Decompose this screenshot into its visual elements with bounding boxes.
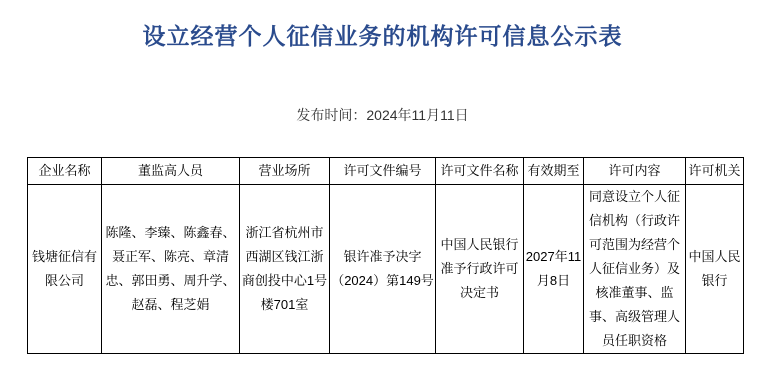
page: 设立经营个人征信业务的机构许可信息公示表 发布时间：2024年11月11日 企业…	[0, 0, 765, 367]
cell-valid-until: 2027年11月8日	[524, 185, 584, 354]
table-header-row: 企业名称 董监高人员 营业场所 许可文件编号 许可文件名称 有效期至 许可内容 …	[28, 158, 744, 185]
table-row: 钱塘征信有限公司 陈隆、李臻、陈鑫春、聂正军、陈亮、章清忠、郭田勇、周升学、赵磊…	[28, 185, 744, 354]
publish-time: 发布时间：2024年11月11日	[0, 50, 765, 124]
cell-license-doc-name: 中国人民银行准予行政许可决定书	[436, 185, 524, 354]
cell-business-premises: 浙江省杭州市西湖区钱江浙商创投中心1号楼701室	[240, 185, 330, 354]
col-header-license-doc-number: 许可文件编号	[330, 158, 436, 185]
cell-license-doc-number: 银许准予决字（2024）第149号	[330, 185, 436, 354]
col-header-company-name: 企业名称	[28, 158, 102, 185]
cell-company-name: 钱塘征信有限公司	[28, 185, 102, 354]
col-header-valid-until: 有效期至	[524, 158, 584, 185]
col-header-executives: 董监高人员	[102, 158, 240, 185]
col-header-license-doc-name: 许可文件名称	[436, 158, 524, 185]
col-header-business-premises: 营业场所	[240, 158, 330, 185]
col-header-license-content: 许可内容	[584, 158, 686, 185]
cell-license-content: 同意设立个人征信机构（行政许可范围为经营个人征信业务）及核准董事、监事、高级管理…	[584, 185, 686, 354]
license-table: 企业名称 董监高人员 营业场所 许可文件编号 许可文件名称 有效期至 许可内容 …	[27, 157, 744, 354]
cell-executives: 陈隆、李臻、陈鑫春、聂正军、陈亮、章清忠、郭田勇、周升学、赵磊、程芝娟	[102, 185, 240, 354]
col-header-licensing-authority: 许可机关	[686, 158, 744, 185]
page-title: 设立经营个人征信业务的机构许可信息公示表	[0, 0, 765, 50]
publish-date: 2024年11月11日	[366, 107, 468, 123]
cell-licensing-authority: 中国人民银行	[686, 185, 744, 354]
publish-label: 发布时间：	[296, 107, 366, 123]
